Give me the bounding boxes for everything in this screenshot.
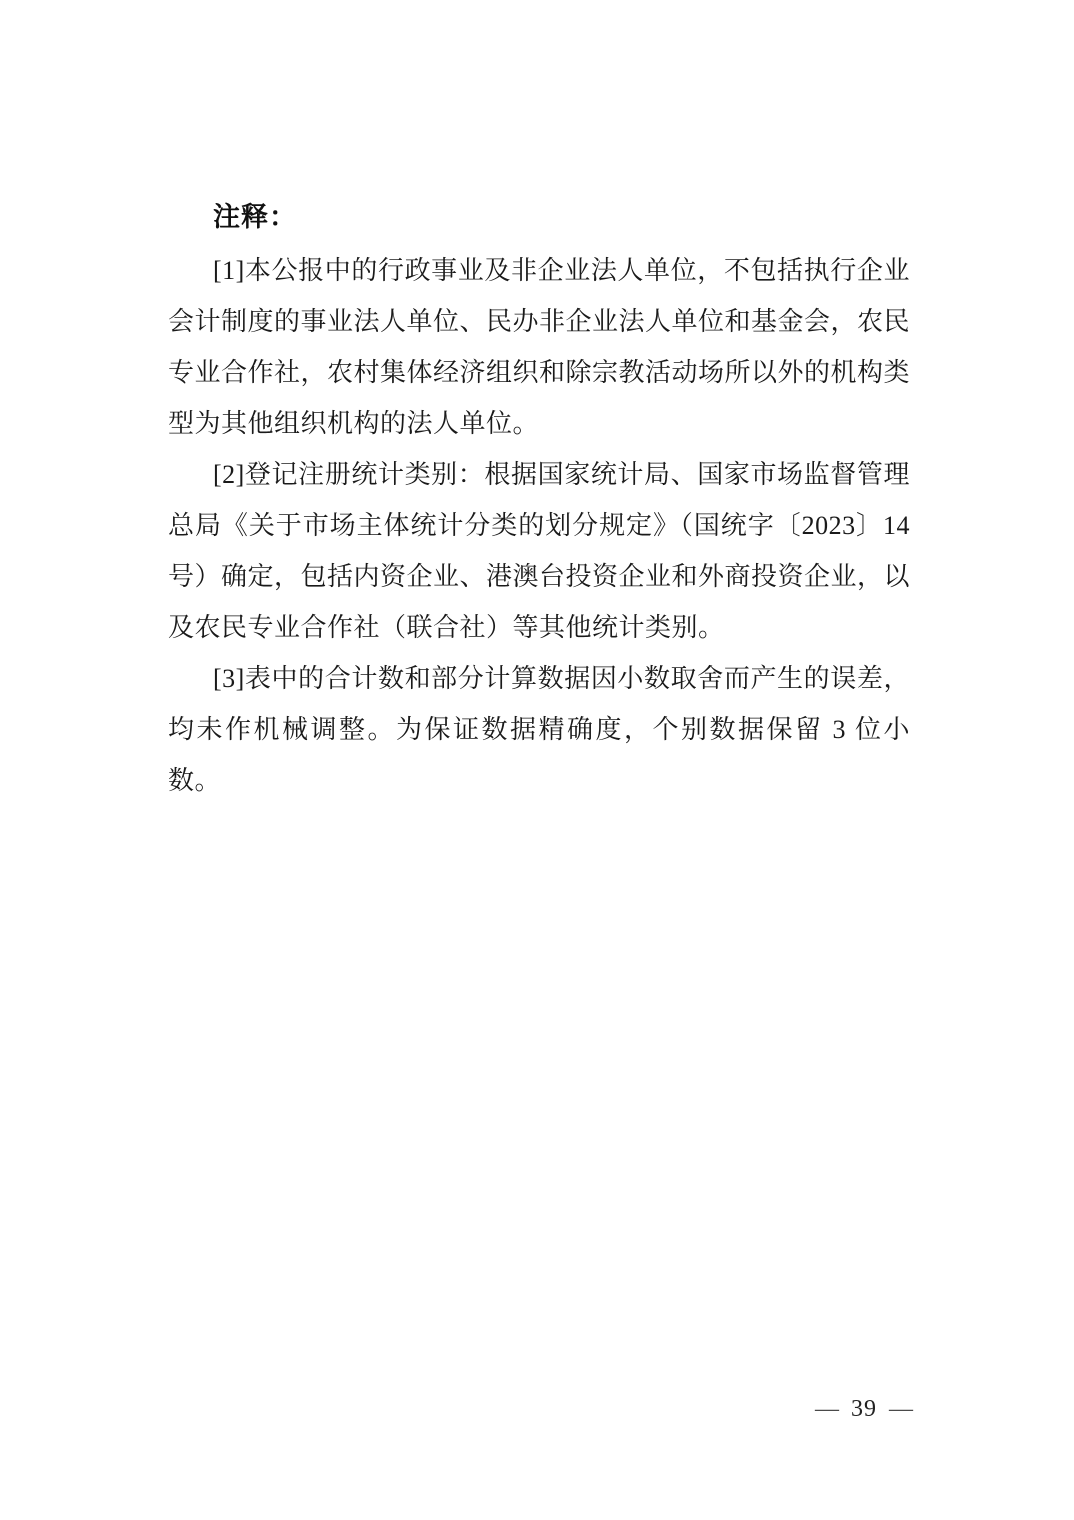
page-footer: — 39 — [815, 1396, 913, 1423]
footer-left-dash: — [815, 1396, 839, 1423]
note-paragraph-1: [1]本公报中的行政事业及非企业法人单位，不包括执行企业会计制度的事业法人单位、… [168, 245, 910, 449]
footer-right-dash: — [889, 1396, 913, 1423]
document-page: 注释： [1]本公报中的行政事业及非企业法人单位，不包括执行企业会计制度的事业法… [0, 0, 1074, 1520]
note-paragraph-2: [2]登记注册统计类别：根据国家统计局、国家市场监督管理总局《关于市场主体统计分… [168, 449, 910, 653]
page-number: 39 [851, 1396, 877, 1423]
note-paragraph-3: [3]表中的合计数和部分计算数据因小数取舍而产生的误差，均未作机械调整。为保证数… [168, 653, 910, 806]
notes-heading: 注释： [168, 190, 910, 245]
notes-section: 注释： [1]本公报中的行政事业及非企业法人单位，不包括执行企业会计制度的事业法… [168, 190, 910, 806]
